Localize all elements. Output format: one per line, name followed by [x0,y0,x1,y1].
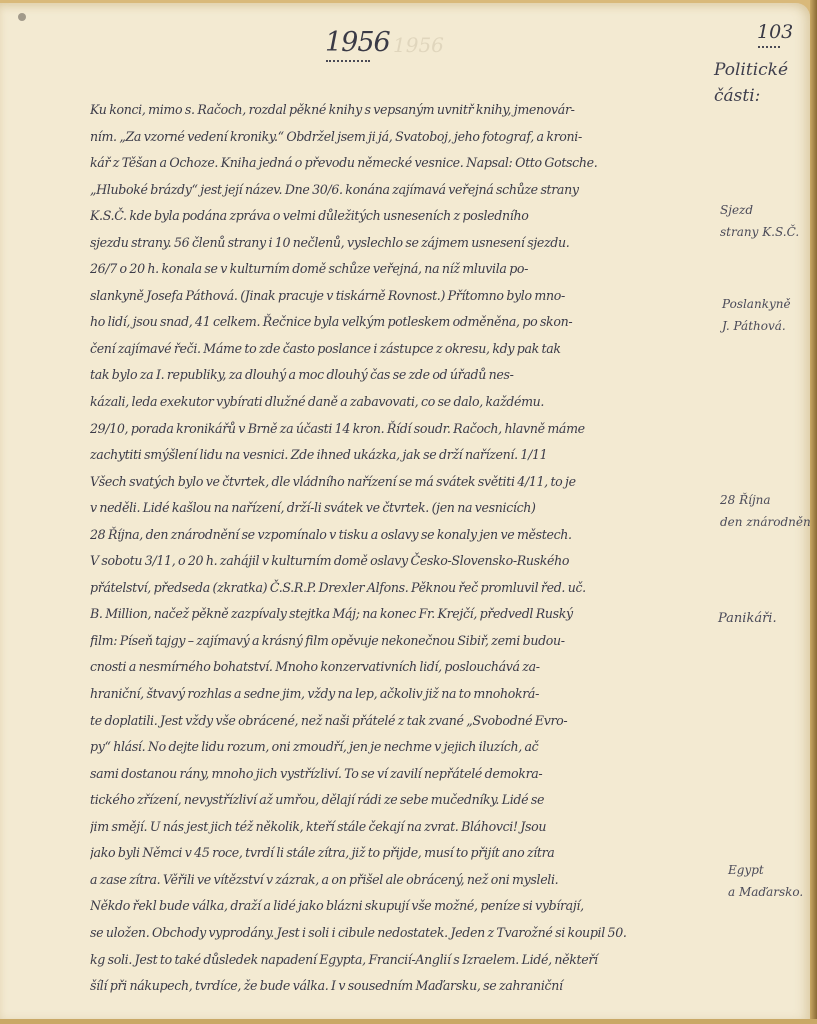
margin-note-deputy: Poslankyně J. Páthová. [722,293,791,337]
text-line: Někdo řekl bude válka, draží a lidé jako… [90,893,712,920]
text-line: slankyně Josefa Páthová. (Jinak pracuje … [90,283,712,310]
margin-note-line: Poslankyně [722,293,791,315]
text-line: py“ hlásí. No dejte lidu rozum, oni zmou… [90,734,712,761]
text-line: B. Million, načež pěkně zazpívaly stejtk… [90,601,712,628]
margin-note-party-congress: Sjezd strany K.S.Č. [720,199,799,243]
year-underline [326,60,370,62]
text-line: Ku konci, mimo s. Račoch, rozdal pěkné k… [90,97,712,124]
margin-note-line: strany K.S.Č. [720,221,799,243]
margin-note-line: Egypt [728,859,803,881]
text-line: tak bylo za I. republiky, za dlouhý a mo… [90,362,712,389]
margin-note-line: Sjezd [720,199,799,221]
text-line: 26/7 o 20 h. konala se v kulturním domě … [90,256,712,283]
chronicle-body-text: Ku konci, mimo s. Račoch, rozdal pěkné k… [90,97,712,1000]
margin-note-nationalization-day: 28 Října den znárodnění. [720,489,817,533]
text-line: a zase zítra. Věřili ve vítězství v zázr… [90,867,712,894]
text-line: cnosti a nesmírného bohatství. Mnoho kon… [90,654,712,681]
margin-note-line: J. Páthová. [722,315,791,337]
page-number-underline [758,46,780,48]
text-line: kář z Těšan a Ochoze. Kniha jedná o přev… [90,150,712,177]
margin-note-line: 28 Října [720,489,817,511]
text-line: 28 Října, den znárodnění se vzpomínalo v… [90,522,712,549]
margin-note-line: a Maďarsko. [728,881,803,903]
text-line: V sobotu 3/11, o 20 h. zahájil v kulturn… [90,548,712,575]
notebook-page: 1956 1956 103 Ku konci, mimo s. Račoch, … [0,3,810,1021]
bleed-through-year: 1956 [393,33,444,57]
margin-note-panic-mongers: Panikáři. [718,608,777,630]
text-line: ho lidí, jsou snad, 41 celkem. Řečnice b… [90,309,712,336]
text-line: čení zajímavé řeči. Máme to zde často po… [90,336,712,363]
book-edge-bottom [0,1019,817,1024]
margin-note-line: Politické [714,57,788,83]
text-line: kg soli. Jest to také důsledek napadení … [90,947,712,974]
text-line: jim smějí. U nás jest jich též několik, … [90,814,712,841]
text-line: sjezdu strany. 56 členů strany i 10 nečl… [90,230,712,257]
page-number: 103 [757,21,793,43]
text-line: „Hluboké brázdy“ jest její název. Dne 30… [90,177,712,204]
text-line: K.S.Č. kde byla podána zpráva o velmi dů… [90,203,712,230]
page-year-heading: 1956 [325,27,390,58]
text-line: ním. „Za vzorné vedení kroniky.“ Obdržel… [90,124,712,151]
text-line: hraniční, štvavý rozhlas a sedne jim, vž… [90,681,712,708]
text-line: jako byli Němci v 45 roce, tvrdí li stál… [90,840,712,867]
text-line: se uložen. Obchody vyprodány. Jest i sol… [90,920,712,947]
margin-note-line: části: [714,83,788,109]
text-line: šílí při nákupech, tvrdíce, že bude válk… [90,973,712,1000]
margin-note-egypt-hungary: Egypt a Maďarsko. [728,859,803,903]
text-line: film: Píseň tajgy – zajímavý a krásný fi… [90,628,712,655]
book-edge-right [810,0,817,1024]
text-line: 29/10, porada kronikářů v Brně za účasti… [90,416,712,443]
ink-spot [18,13,26,21]
text-line: sami dostanou rány, mnoho jich vystřízli… [90,761,712,788]
text-line: v neděli. Lidé kašlou na nařízení, drží-… [90,495,712,522]
text-line: Všech svatých bylo ve čtvrtek, dle vládn… [90,469,712,496]
text-line: přátelství, předseda (zkratka) Č.S.R.P. … [90,575,712,602]
margin-note-line: Panikáři. [718,608,777,630]
text-line: kázali, leda exekutor vybírati dlužné da… [90,389,712,416]
margin-note-line: den znárodnění. [720,511,817,533]
margin-note-political-parts: Politické části: [714,57,788,109]
text-line: tického zřízení, nevystřízliví až umřou,… [90,787,712,814]
text-line: zachytiti smýšlení lidu na vesnici. Zde … [90,442,712,469]
text-line: te doplatili. Jest vždy vše obrácené, ne… [90,708,712,735]
